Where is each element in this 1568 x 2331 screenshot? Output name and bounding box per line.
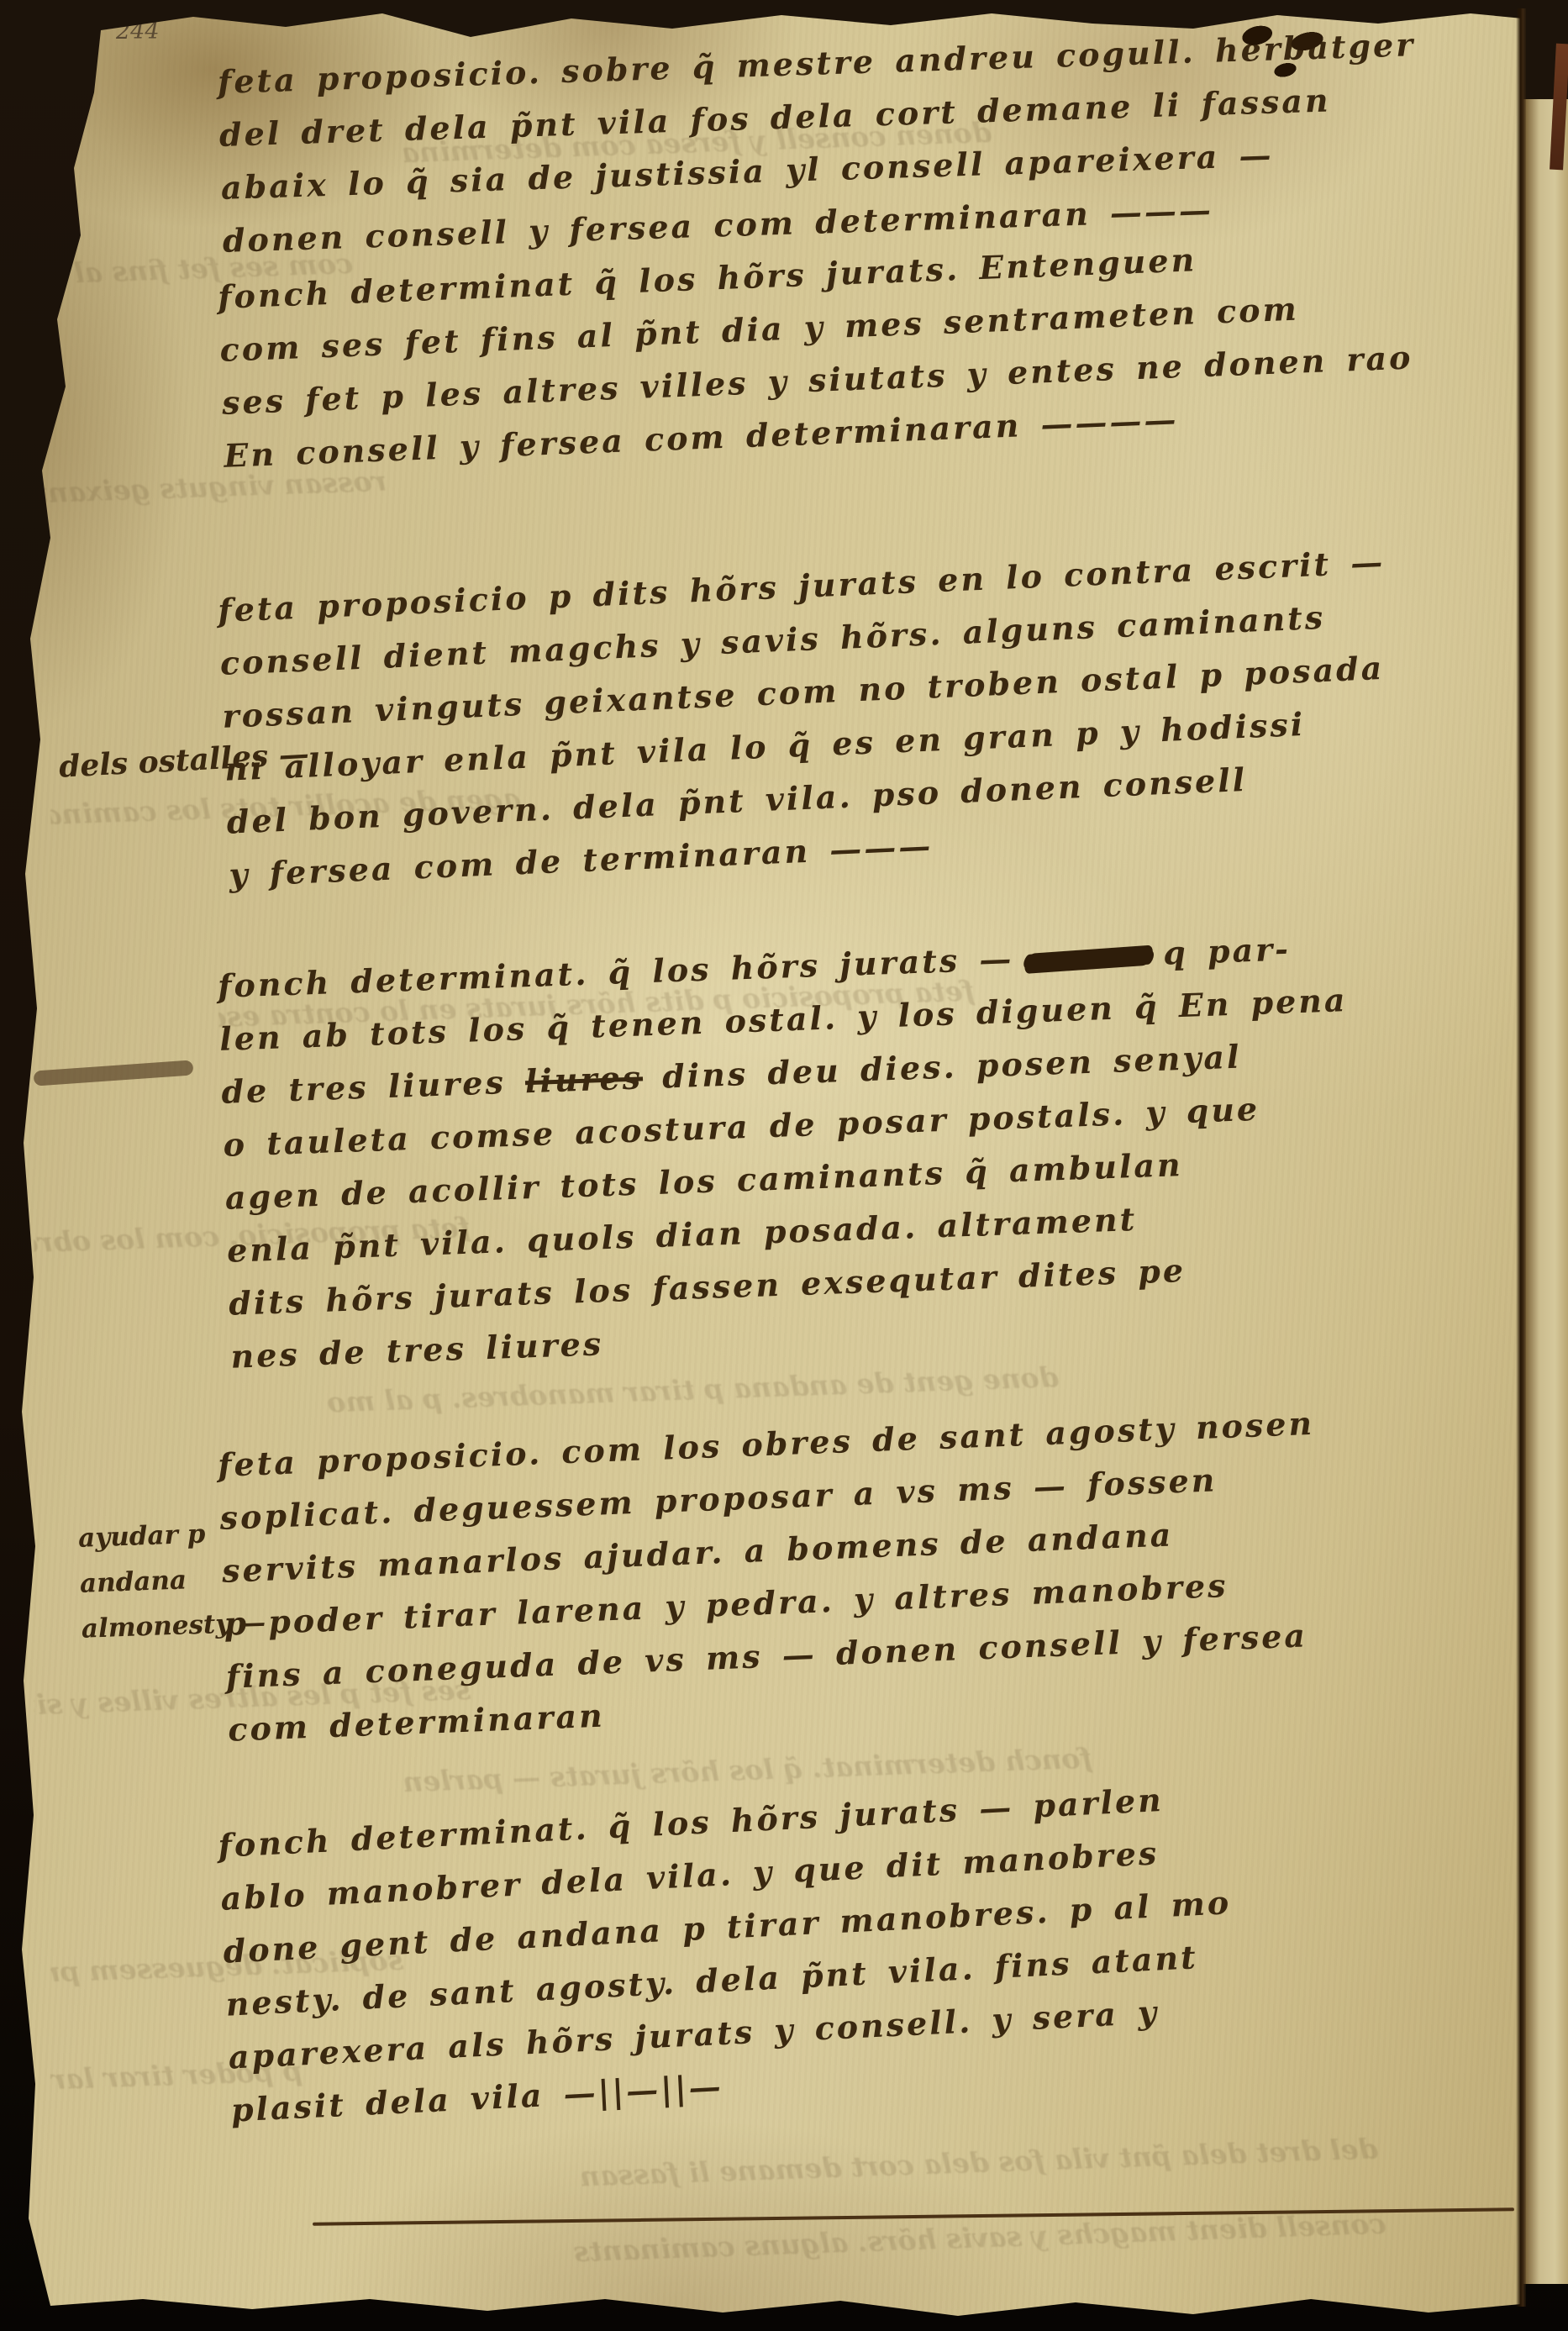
ink-blot-word — [1023, 945, 1155, 974]
margin-smudge — [34, 1060, 194, 1086]
text-segment: q par- — [1162, 929, 1291, 971]
folio-number: 244 — [116, 18, 160, 45]
paragraph-proposal-sant-agosti: feta proposicio. com los obres de sant a… — [217, 1388, 1539, 1756]
manuscript-page: com ses fet fins al p̃nt dia y mes sentr… — [0, 0, 1524, 2331]
text-segment: de tres liures — [221, 1062, 526, 1111]
paragraph-proposal-ostals: feta proposicio p dits hõrs jurats en lo… — [217, 529, 1539, 902]
paragraph-resolution-sant-agosti: fonch determinat. q̃ los hõrs jurats — p… — [217, 1755, 1542, 2137]
strikethrough-word: liures — [524, 1058, 644, 1100]
paragraph-resolution-ostals: fonch determinat. q̃ los hõrs jurats —q … — [217, 914, 1542, 1383]
bleed-through-text: del dret dela p̃nt vila fos dela cort de… — [286, 2132, 1379, 2202]
page-fold-crease — [1516, 8, 1526, 2307]
photograph-background: com ses fet fins al p̃nt dia y mes sentr… — [0, 0, 1568, 2331]
